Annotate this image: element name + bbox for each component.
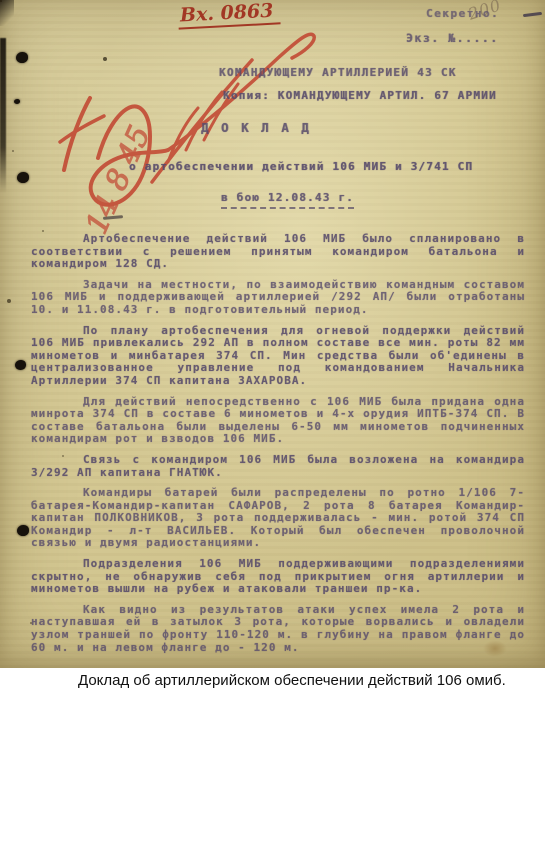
report-paragraph: По плану артобеспечения для огневой подд… [31, 325, 525, 388]
image-caption: Доклад об артиллерийском обеспечении дей… [78, 672, 506, 689]
page: Вх. 0863 200 14 8 45 Секретно. Экз. №...… [0, 0, 545, 847]
addressee-line: КОМАНДУЮЩЕМУ АРТИЛЛЕРИЕЙ 43 СК [219, 66, 457, 79]
punch-hole [16, 52, 28, 63]
punch-hole [17, 525, 29, 536]
report-date-line: в бою 12.08.43 г. [221, 191, 354, 209]
pen-dash-mark [523, 12, 542, 17]
document-scan: Вх. 0863 200 14 8 45 Секретно. Экз. №...… [0, 0, 545, 668]
report-paragraph: Как видно из результатов атаки успех име… [31, 604, 525, 654]
report-paragraph: Подразделения 106 МИБ поддерживающими по… [31, 558, 525, 596]
punch-hole [15, 360, 26, 370]
punch-hole [14, 99, 20, 104]
incoming-number-stamp: Вх. 0863 [177, 0, 280, 30]
copy-number-line: Экз. №..... [406, 31, 499, 45]
report-paragraph: Задачи на местности, по взаимодействию к… [31, 279, 525, 317]
pen-dash-mark [103, 215, 123, 220]
handwritten-date-text: 14 8 45 [79, 120, 158, 239]
copy-addressee-line: Копия: КОМАНДУЮЩЕМУ АРТИЛ. 67 АРМИИ [223, 89, 497, 102]
report-title: Д О К Л А Д [201, 120, 311, 135]
report-paragraph: Для действий непосредственно с 106 МИБ б… [31, 396, 525, 446]
scan-edge-shadow [0, 38, 6, 193]
report-paragraph: Связь с командиром 106 МИБ была возложен… [31, 454, 525, 479]
punch-hole [17, 172, 29, 183]
report-body: Артобеспечение действий 106 МИБ было спл… [31, 233, 525, 662]
paper-specks [0, 0, 2, 2]
secrecy-label: Секретно. [426, 7, 499, 20]
report-paragraph: Командиры батарей были распределены по р… [31, 487, 525, 550]
scan-corner-shadow [0, 0, 14, 26]
report-paragraph: Артобеспечение действий 106 МИБ было спл… [31, 233, 525, 271]
report-subtitle: о артобеспечении действий 106 МИБ и 3/74… [129, 160, 473, 173]
